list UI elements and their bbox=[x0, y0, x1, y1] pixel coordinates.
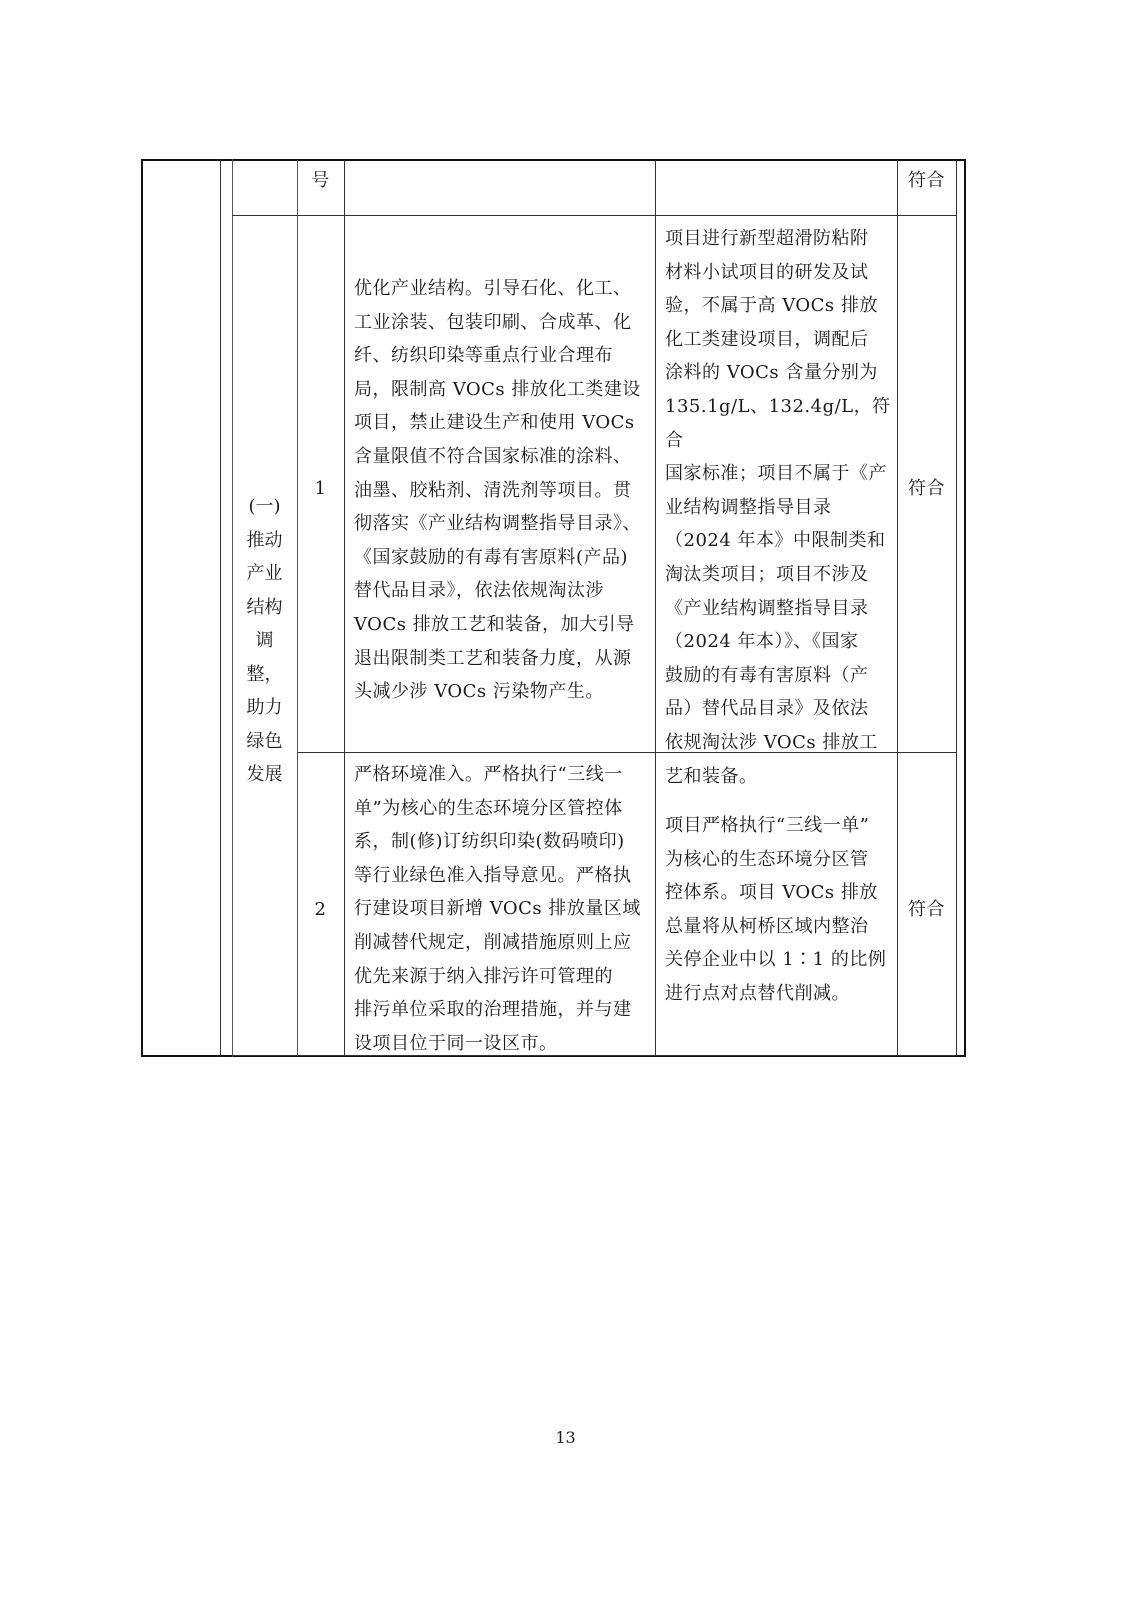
text-line: 涂料的 VOCs 含量分别为 bbox=[665, 356, 897, 390]
document-page: 号 符合 (一) 推动 产业 结构 调 整， 助力 绿色 发展 1 优化产业结构… bbox=[0, 0, 1131, 1600]
category-label-line: 助力 bbox=[232, 691, 297, 725]
col-divider-project bbox=[655, 160, 656, 1056]
text-line: 项目严格执行“三线一单” bbox=[665, 809, 897, 843]
text-line: 总量将从柯桥区域内整治 bbox=[665, 910, 897, 944]
text-line: 优先来源于纳入排污许可管理的 bbox=[354, 960, 654, 994]
text-line: 业结构调整指导目录 bbox=[665, 491, 897, 525]
text-line: 关停企业中以 1∶1 的比例 bbox=[665, 943, 897, 977]
header-seq-fragment: 号 bbox=[297, 164, 344, 198]
text-line: 系，制(修)订纺织印染(数码喷印) bbox=[354, 825, 654, 859]
category-label-line: 发展 bbox=[232, 758, 297, 792]
text-line: 工业涂装、包装印刷、合成革、化 bbox=[354, 306, 654, 340]
category-label-line: 结构 bbox=[232, 591, 297, 625]
text-line: 艺和装备。 bbox=[665, 760, 897, 794]
text-line: 化工类建设项目，调配后 bbox=[665, 323, 897, 357]
text-line: 严格环境准入。严格执行“三线一 bbox=[354, 758, 654, 792]
text-line: 替代品目录》，依法依规淘汰涉 bbox=[354, 574, 654, 608]
text-line: 退出限制类工艺和装备力度，从源 bbox=[354, 642, 654, 676]
row-2-requirement: 严格环境准入。严格执行“三线一 单”为核心的生态环境分区管控体 系，制(修)订纺… bbox=[354, 758, 654, 1060]
text-line: 135.1g/L、132.4g/L，符合 bbox=[665, 390, 897, 457]
row-1-requirement: 优化产业结构。引导石化、化工、 工业涂装、包装印刷、合成革、化 纤、纺织印染等重… bbox=[354, 272, 654, 709]
category-label: (一) 推动 产业 结构 调 整， 助力 绿色 发展 bbox=[232, 490, 297, 792]
text-line: 彻落实《产业结构调整指导目录》、 bbox=[354, 507, 654, 541]
text-line: 为核心的生态环境分区管 bbox=[665, 843, 897, 877]
text-line: 优化产业结构。引导石化、化工、 bbox=[354, 272, 654, 306]
text-line: 《国家鼓励的有毒有害原料(产品) bbox=[354, 541, 654, 575]
row-1-result: 符合 bbox=[897, 472, 956, 506]
text-line: 品）替代品目录》及依法 bbox=[665, 692, 897, 726]
page-number: 13 bbox=[0, 1428, 1131, 1447]
text-line: （2024 年本）》、《国家 bbox=[665, 625, 897, 659]
text-line: 项目，禁止建设生产和使用 VOCs bbox=[354, 406, 654, 440]
category-label-line: 绿色 bbox=[232, 725, 297, 759]
row-2-seq: 2 bbox=[297, 893, 344, 927]
text-line: 行建设项目新增 VOCs 排放量区域 bbox=[354, 892, 654, 926]
text-line: 设项目位于同一设区市。 bbox=[354, 1027, 654, 1061]
text-line: 验，不属于高 VOCs 排放 bbox=[665, 289, 897, 323]
text-line: 局，限制高 VOCs 排放化工类建设 bbox=[354, 373, 654, 407]
text-line: 鼓励的有毒有害原料（产 bbox=[665, 659, 897, 693]
text-line: 削减替代规定，削减措施原则上应 bbox=[354, 926, 654, 960]
text-line: 油墨、胶粘剂、清洗剂等项目。贯 bbox=[354, 474, 654, 508]
category-label-line: 调 bbox=[232, 624, 297, 658]
text-line: 单”为核心的生态环境分区管控体 bbox=[354, 792, 654, 826]
header-result-fragment: 符合 bbox=[897, 164, 956, 198]
row-1-seq: 1 bbox=[297, 472, 344, 506]
text-line: VOCs 排放工艺和装备，加大引导 bbox=[354, 608, 654, 642]
category-label-line: 产业 bbox=[232, 557, 297, 591]
category-label-line: (一) bbox=[232, 490, 297, 524]
text-line: 纤、纺织印染等重点行业合理布 bbox=[354, 339, 654, 373]
table-divider-left-a bbox=[220, 159, 221, 1057]
row-1-project-description: 项目进行新型超滑防粘附 材料小试项目的研发及试 验，不属于高 VOCs 排放 化… bbox=[665, 222, 897, 793]
text-line: 淘汰类项目；项目不涉及 bbox=[665, 558, 897, 592]
header-row-divider bbox=[232, 215, 957, 216]
category-label-line: 整， bbox=[232, 658, 297, 692]
col-divider-requirement bbox=[344, 160, 345, 1056]
text-line: 等行业绿色准入指导意见。严格执 bbox=[354, 859, 654, 893]
category-label-line: 推动 bbox=[232, 524, 297, 558]
text-line: 头减少涉 VOCs 污染物产生。 bbox=[354, 675, 654, 709]
row-2-result: 符合 bbox=[897, 893, 956, 927]
text-line: 材料小试项目的研发及试 bbox=[665, 256, 897, 290]
text-line: 项目进行新型超滑防粘附 bbox=[665, 222, 897, 256]
text-line: （2024 年本》中限制类和 bbox=[665, 524, 897, 558]
row-2-project-description: 项目严格执行“三线一单” 为核心的生态环境分区管 控体系。项目 VOCs 排放 … bbox=[665, 809, 897, 1011]
text-line: 排污单位采取的治理措施，并与建 bbox=[354, 993, 654, 1027]
text-line: 《产业结构调整指导目录 bbox=[665, 592, 897, 626]
text-line: 进行点对点替代削减。 bbox=[665, 977, 897, 1011]
text-line: 控体系。项目 VOCs 排放 bbox=[665, 876, 897, 910]
text-line: 依规淘汰涉 VOCs 排放工 bbox=[665, 726, 897, 760]
text-line: 含量限值不符合国家标准的涂料、 bbox=[354, 440, 654, 474]
text-line: 国家标准；项目不属于《产 bbox=[665, 457, 897, 491]
